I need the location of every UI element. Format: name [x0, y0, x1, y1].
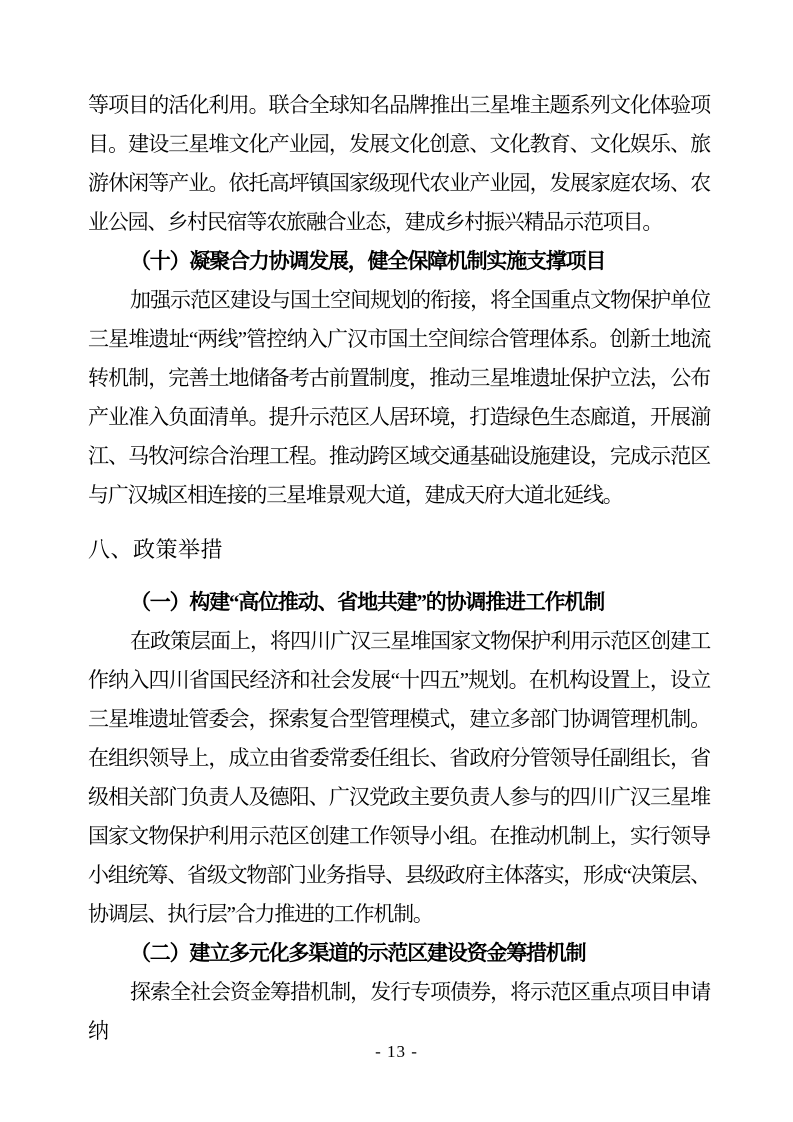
heading-item-2: （二）建立多元化多渠道的示范区建设资金筹措机制	[88, 934, 710, 973]
paragraph-carryover: 等项目的活化利用。联合全球知名品牌推出三星堆主题系列文化体验项目。建设三星堆文化…	[88, 86, 710, 242]
section-heading-8: 八、政策举措	[88, 530, 710, 570]
document-page: 等项目的活化利用。联合全球知名品牌推出三星堆主题系列文化体验项目。建设三星堆文化…	[0, 0, 793, 1122]
paragraph-item-2: 探索全社会资金筹措机制，发行专项债券，将示范区重点项目申请纳	[88, 973, 710, 1051]
paragraph-item-1: 在政策层面上，将四川广汉三星堆国家文物保护利用示范区创建工作纳入四川省国民经济和…	[88, 622, 710, 934]
page-number: - 13 -	[0, 1042, 793, 1062]
heading-item-10: （十）凝聚合力协调发展，健全保障机制实施支撑项目	[88, 242, 710, 281]
document-body: 等项目的活化利用。联合全球知名品牌推出三星堆主题系列文化体验项目。建设三星堆文化…	[88, 86, 710, 1051]
paragraph-item-10: 加强示范区建设与国土空间规划的衔接，将全国重点文物保护单位三星堆遗址“两线”管控…	[88, 281, 710, 515]
heading-item-1: （一）构建“高位推动、省地共建”的协调推进工作机制	[88, 583, 710, 622]
